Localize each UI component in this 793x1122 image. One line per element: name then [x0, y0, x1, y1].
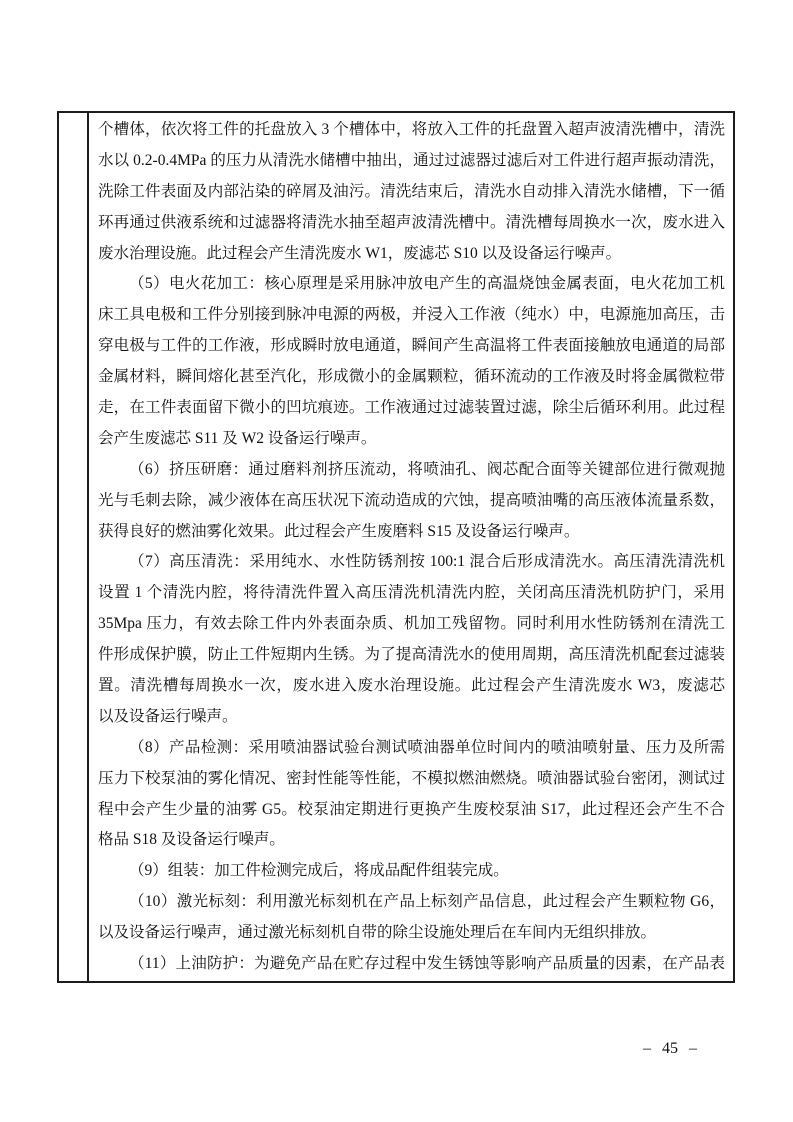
- text-line: 金属材料，瞬间熔化甚至汽化，形成微小的金属颗粒，循环流动的工作液及时将金属微粒带: [98, 362, 725, 393]
- process-description-table: 个槽体，依次将工件的托盘放入 3 个槽体中，将放入工件的托盘置入超声波清洗槽中，…: [57, 111, 735, 983]
- text-line: 置。清洗槽每周换水一次，废水进入废水治理设施。此过程会产生清洗废水 W3，废滤芯…: [98, 671, 725, 702]
- text-line: （7）高压清洗：采用纯水、水性防锈剂按 100:1 混合后形成清洗水。高压清洗清…: [98, 547, 725, 578]
- text-line: （11）上油防护：为避免产品在贮存过程中发生锈蚀等影响产品质量的因素，在产品表: [98, 949, 725, 980]
- table-content-cell: 个槽体，依次将工件的托盘放入 3 个槽体中，将放入工件的托盘置入超声波清洗槽中，…: [89, 113, 733, 981]
- text-line: 格品 S18 及设备运行噪声。: [98, 825, 725, 856]
- text-line: 压力下校泵油的雾化情况、密封性能等性能，不模拟燃油燃烧。喷油器试验台密闭，测试过: [98, 764, 725, 795]
- text-line: 床工具电极和工件分别接到脉冲电源的两极，并浸入工作液（纯水）中，电源施加高压，击: [98, 300, 725, 331]
- text-line: （9）组装：加工件检测完成后，将成品配件组装完成。: [98, 856, 725, 887]
- text-line: 程中会产生少量的油雾 G5。校泵油定期进行更换产生废校泵油 S17，此过程还会产…: [98, 795, 725, 826]
- text-line: 以及设备运行噪声。: [98, 702, 725, 733]
- text-line: （8）产品检测：采用喷油器试验台测试喷油器单位时间内的喷油喷射量、压力及所需: [98, 733, 725, 764]
- text-line: （5）电火花加工：核心原理是采用脉冲放电产生的高温烧蚀金属表面，电火花加工机: [98, 269, 725, 300]
- text-line: 设置 1 个清洗内腔，将待清洗件置入高压清洗机清洗内腔，关闭高压清洗机防护门，采…: [98, 578, 725, 609]
- text-line: 以及设备运行噪声，通过激光标刻机自带的除尘设施处理后在车间内无组织排放。: [98, 918, 725, 949]
- text-line: 走，在工件表面留下微小的凹坑痕迹。工作液通过过滤装置过滤，除尘后循环利用。此过程: [98, 393, 725, 424]
- text-line: （6）挤压研磨：通过磨料剂挤压流动，将喷油孔、阀芯配合面等关键部位进行微观抛: [98, 455, 725, 486]
- text-line: 件形成保护膜，防止工件短期内生锈。为了提高清洗水的使用周期，高压清洗机配套过滤装: [98, 640, 725, 671]
- text-line: 废水治理设施。此过程会产生清洗废水 W1，废滤芯 S10 以及设备运行噪声。: [98, 239, 725, 270]
- page-number: – 45 –: [600, 1040, 740, 1058]
- text-line: 获得良好的燃油雾化效果。此过程会产生废磨料 S15 及设备运行噪声。: [98, 517, 725, 548]
- text-line: 洗除工件表面及内部沾染的碎屑及油污。清洗结束后，清洗水自动排入清洗水储槽，下一循: [98, 177, 725, 208]
- table-left-column: [59, 113, 89, 981]
- text-line: 会产生废滤芯 S11 及 W2 设备运行噪声。: [98, 424, 725, 455]
- text-line: 水以 0.2-0.4MPa 的压力从清洗水储槽中抽出，通过过滤器过滤后对工件进行…: [98, 146, 725, 177]
- text-line: 35Mpa 压力，有效去除工件内外表面杂质、机加工残留物。同时利用水性防锈剂在清…: [98, 609, 725, 640]
- text-line: 光与毛刺去除，减少液体在高压状况下流动造成的穴蚀，提高喷油嘴的高压液体流量系数，: [98, 486, 725, 517]
- document-page: 个槽体，依次将工件的托盘放入 3 个槽体中，将放入工件的托盘置入超声波清洗槽中，…: [0, 0, 793, 1122]
- text-line: 个槽体，依次将工件的托盘放入 3 个槽体中，将放入工件的托盘置入超声波清洗槽中，…: [98, 115, 725, 146]
- text-line: 穿电极与工件的工作液，形成瞬时放电通道，瞬间产生高温将工件表面接触放电通道的局部: [98, 331, 725, 362]
- text-line: （10）激光标刻：利用激光标刻机在产品上标刻产品信息，此过程会产生颗粒物 G6，: [98, 887, 725, 918]
- text-line: 环再通过供液系统和过滤器将清洗水抽至超声波清洗槽中。清洗槽每周换水一次，废水进入: [98, 208, 725, 239]
